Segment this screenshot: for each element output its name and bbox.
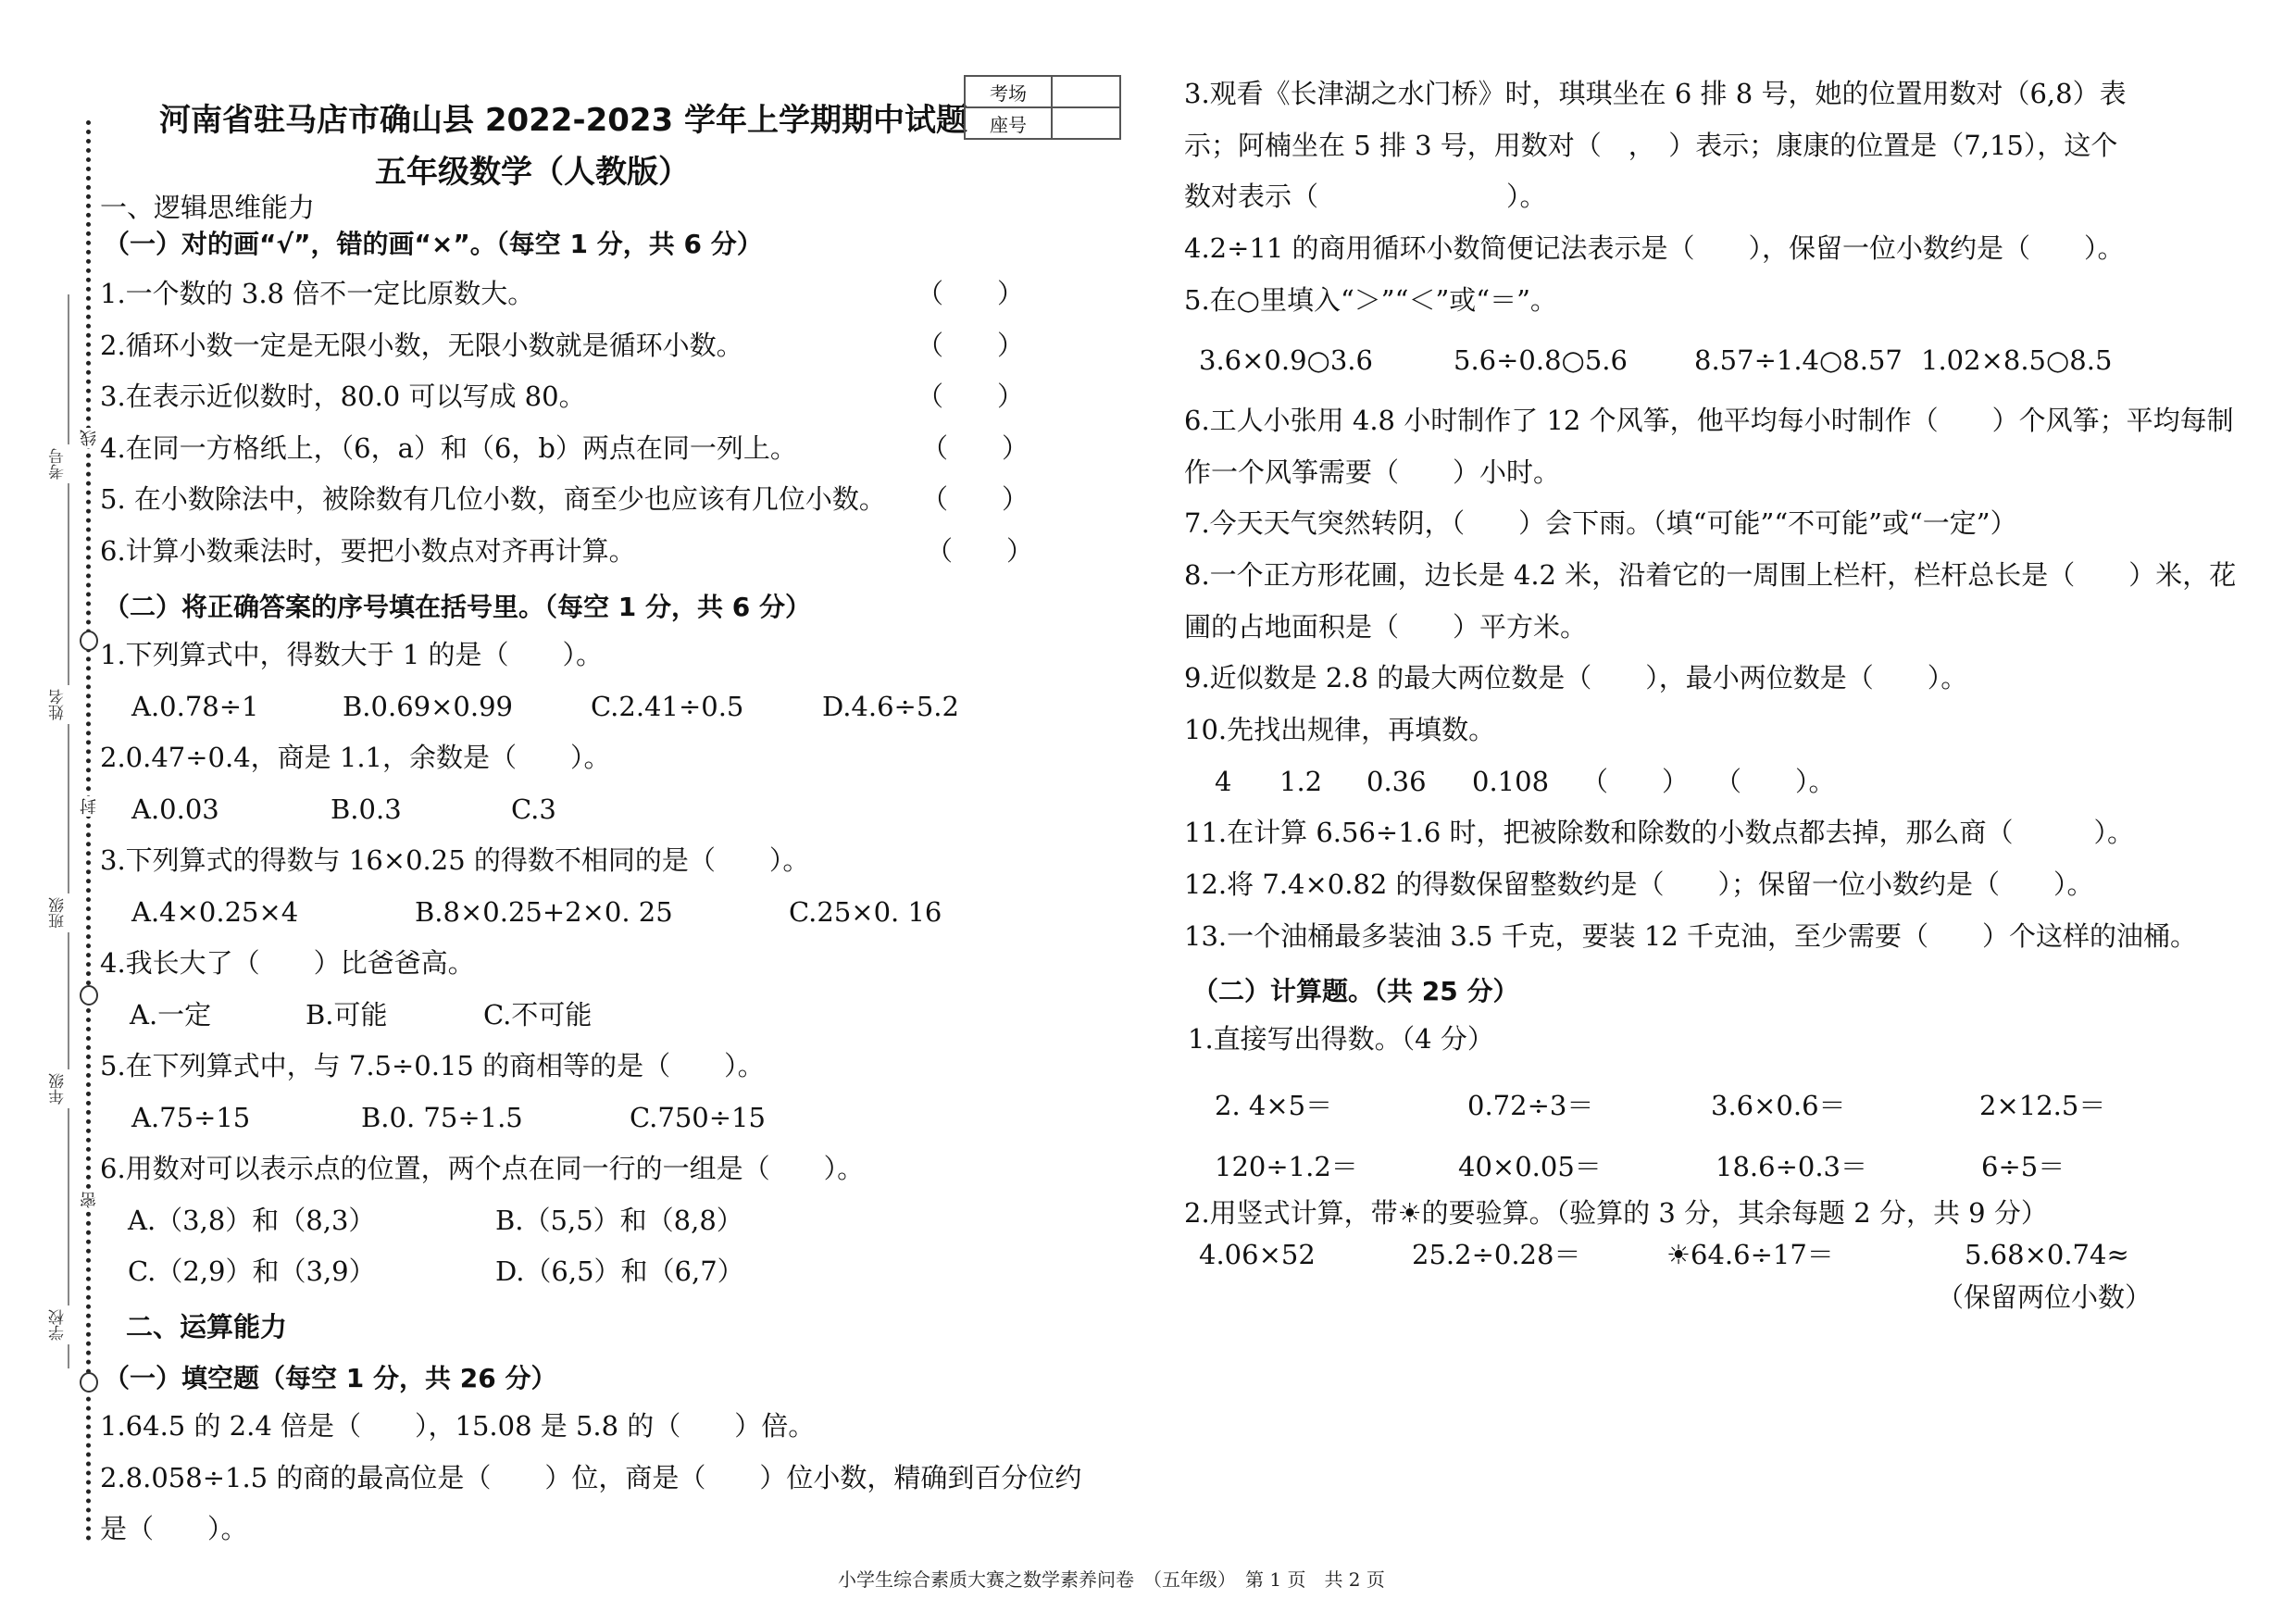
page-subtitle: 五年级数学（人教版）: [375, 146, 690, 192]
fill-question-line: 6.工人小张用 4.8 小时制作了 12 个风筝，他平均每小时制作（ ）个风筝；…: [1184, 405, 2234, 436]
compare-item: 3.6×0.9○3.6: [1199, 344, 1373, 376]
mc-option: C.2.41÷0.5: [591, 691, 743, 722]
compare-item: 8.57÷1.4○8.57: [1694, 344, 1903, 376]
part-heading-fill-blank: （一）填空题（每空 1 分，共 26 分）: [104, 1358, 556, 1395]
fill-question-line: 7.今天天气突然转阴，（ ）会下雨。（填“可能”“不可能”或“一定”）: [1184, 507, 2017, 539]
fill-question-line: 4.2÷11 的商用循环小数简便记法表示是（ ），保留一位小数约是（ ）。: [1184, 232, 2125, 264]
tf-question: 3.在表示近似数时，80.0 可以写成 80。: [100, 381, 586, 412]
tf-answer-blank[interactable]: （ ）: [926, 535, 1033, 567]
direct-calc-item: 0.72÷3＝: [1467, 1090, 1593, 1121]
tf-question: 5. 在小数除法中，被除数有几位小数，商至少也应该有几位小数。: [100, 483, 886, 515]
fill-question-line: 圃的占地面积是（ ）平方米。: [1184, 611, 1587, 643]
mc-option: A.0.78÷1: [131, 691, 258, 722]
direct-calc-item: 2. 4×5＝: [1215, 1090, 1332, 1121]
mc-option: A.（3,8）和（8,3）: [128, 1205, 375, 1236]
field-label-grade: 年级: [46, 1069, 69, 1108]
field-label-exam-number: 考号: [46, 444, 69, 483]
mc-option: C.750÷15: [630, 1102, 766, 1133]
direct-calc-heading: 1.直接写出得数。（4 分）: [1188, 1023, 1494, 1055]
binding-hole: [80, 985, 98, 1006]
mc-option: A.0.03: [131, 793, 219, 825]
mc-option: B.0. 75÷1.5: [361, 1102, 523, 1133]
vertical-calc-heading: 2.用竖式计算，带☀的要验算。（验算的 3 分，其余每题 2 分，共 9 分）: [1184, 1197, 2048, 1229]
seal-mark-secret: 密: [78, 1190, 102, 1210]
fill-question-line: 13.一个油桶最多装油 3.5 千克，要装 12 千克油，至少需要（ ）个这样的…: [1184, 920, 2197, 952]
mc-option: B.0.69×0.99: [343, 691, 513, 722]
direct-calc-item: 6÷5＝: [1981, 1151, 2065, 1182]
fill-question-line: 作一个风筝需要（ ）小时。: [1184, 456, 1560, 488]
fill-question-line: 3.观看《长津湖之水门桥》时，琪琪坐在 6 排 8 号，她的位置用数对（6,8）…: [1184, 78, 2127, 109]
mc-question-stem: 4.我长大了（ ）比爸爸高。: [100, 947, 475, 979]
vertical-calc-item: 25.2÷0.28＝: [1412, 1239, 1580, 1270]
fill-question-line: 8.一个正方形花圃，边长是 4.2 米，沿着它的一周围上栏杆，栏杆总长是（ ）米…: [1184, 559, 2236, 591]
tf-question: 4.在同一方格纸上，（6，a）和（6，b）两点在同一列上。: [100, 432, 797, 464]
fill-question-line: 10.先找出规律，再填数。: [1184, 714, 1495, 745]
part-heading-calculation: （二）计算题。（共 25 分）: [1192, 971, 1518, 1008]
binding-dotted-line: [86, 120, 91, 1542]
seat-table-label-seat: 座号: [965, 107, 1052, 139]
tf-answer-blank[interactable]: （ ）: [917, 381, 1024, 412]
fill-question-line: 2.8.058÷1.5 的商的最高位是（ ）位，商是（ ）位小数，精确到百分位约: [100, 1462, 1081, 1493]
fill-question-line: 是（ ）。: [100, 1513, 248, 1544]
sequence-term: 0.108: [1472, 766, 1549, 797]
mc-question-stem: 3.下列算式的得数与 16×0.25 的得数不相同的是（ ）。: [100, 844, 809, 876]
tf-answer-blank[interactable]: （ ）: [917, 330, 1024, 361]
mc-option: A.75÷15: [131, 1102, 250, 1133]
mc-question-stem: 5.在下列算式中，与 7.5÷0.15 的商相等的是（ ）。: [100, 1050, 765, 1081]
page-footer: 小学生综合素质大赛之数学素养问卷 （五年级） 第 1 页 共 2 页: [838, 1565, 1385, 1592]
sequence-term: 4: [1215, 766, 1231, 797]
section-heading-logic: 一、逻辑思维能力: [100, 187, 315, 225]
mc-question-stem: 1.下列算式中，得数大于 1 的是（ ）。: [100, 639, 603, 670]
fill-question-line: 示；阿楠坐在 5 排 3 号，用数对（ ， ）表示；康康的位置是（7,15），这…: [1184, 130, 2117, 161]
sequence-blank[interactable]: （ ）: [1581, 766, 1689, 797]
sequence-term: 1.2: [1279, 766, 1322, 797]
part-heading-true-false: （一）对的画“√”，错的画“×”。（每空 1 分，共 6 分）: [104, 224, 763, 261]
vertical-calc-item: 4.06×52: [1199, 1239, 1316, 1270]
vertical-calc-item: 5.68×0.74≈: [1965, 1239, 2129, 1270]
mc-option: C.（2,9）和（3,9）: [128, 1255, 376, 1287]
compare-item: 1.02×8.5○8.5: [1921, 344, 2112, 376]
mc-option: D.（6,5）和（6,7）: [495, 1255, 744, 1287]
tf-question: 6.计算小数乘法时，要把小数点对齐再计算。: [100, 535, 636, 567]
mc-question-stem: 6.用数对可以表示点的位置，两个点在同一行的一组是（ ）。: [100, 1153, 864, 1184]
sun-icon: ☀: [1398, 1197, 1422, 1229]
seat-table-value-room[interactable]: [1052, 76, 1120, 107]
fill-question-line: 5.在○里填入“＞”“＜”或“＝”。: [1184, 284, 1557, 316]
sequence-blank[interactable]: （ ）。: [1715, 766, 1836, 797]
tf-answer-blank[interactable]: （ ）: [921, 432, 1029, 464]
fill-question-line: 11.在计算 6.56÷1.6 时，把被除数和除数的小数点都去掉，那么商（ ）。: [1184, 817, 2134, 848]
tf-question: 1.一个数的 3.8 倍不一定比原数大。: [100, 278, 534, 309]
seat-table-value-seat[interactable]: [1052, 107, 1120, 139]
seal-mark-line: 线: [78, 428, 102, 448]
mc-option: B.可能: [306, 999, 388, 1031]
vertical-calc-heading-pre: 2.用竖式计算，带: [1184, 1197, 1398, 1229]
mc-question-stem: 2.0.47÷0.4，商是 1.1，余数是（ ）。: [100, 742, 611, 773]
page-title: 河南省驻马店市确山县 2022-2023 学年上学期期中试题: [159, 94, 967, 140]
direct-calc-item: 40×0.05＝: [1458, 1151, 1602, 1182]
fill-question-line: 12.将 7.4×0.82 的得数保留整数约是（ ）；保留一位小数约是（ ）。: [1184, 868, 2094, 900]
sun-icon: ☀: [1666, 1239, 1691, 1270]
mc-option: B.0.3: [331, 793, 402, 825]
binding-hole: [80, 1372, 98, 1393]
mc-option: A.一定: [130, 999, 211, 1031]
tf-answer-blank[interactable]: （ ）: [921, 483, 1029, 515]
section-heading-computation: 二、运算能力: [126, 1306, 287, 1344]
vertical-calc-expression: 64.6÷17＝: [1691, 1239, 1834, 1270]
mc-option: C.不可能: [483, 999, 592, 1031]
direct-calc-item: 3.6×0.6＝: [1711, 1090, 1846, 1121]
fill-question-line: 9.近似数是 2.8 的最大两位数是（ ），最小两位数是（ ）。: [1184, 662, 1967, 693]
mc-option: B.8×0.25+2×0. 25: [415, 896, 673, 928]
binding-hole: [80, 631, 98, 651]
vertical-calc-heading-post: 的要验算。（验算的 3 分，其余每题 2 分，共 9 分）: [1422, 1197, 2048, 1229]
vertical-calc-note: （保留两位小数）: [1937, 1281, 2152, 1313]
seat-table-label-room: 考场: [965, 76, 1052, 107]
direct-calc-item: 2×12.5＝: [1979, 1090, 2105, 1121]
mc-option: C.25×0. 16: [789, 896, 942, 928]
fill-question-line: 1.64.5 的 2.4 倍是（ ），15.08 是 5.8 的（ ）倍。: [100, 1410, 815, 1442]
compare-item: 5.6÷0.8○5.6: [1454, 344, 1628, 376]
field-label-name: 姓名: [46, 685, 69, 724]
field-label-school: 学校: [46, 1305, 69, 1344]
field-label-class: 班级: [46, 893, 69, 932]
tf-answer-blank[interactable]: （ ）: [917, 278, 1024, 309]
seal-mark-seal: 封: [78, 796, 102, 817]
mc-option: A.4×0.25×4: [131, 896, 298, 928]
direct-calc-item: 18.6÷0.3＝: [1716, 1151, 1867, 1182]
tf-question: 2.循环小数一定是无限小数，无限小数就是循环小数。: [100, 330, 743, 361]
mc-option: B.（5,5）和（8,8）: [495, 1205, 743, 1236]
mc-option: D.4.6÷5.2: [822, 691, 959, 722]
fill-question-line: 数对表示（ ）。: [1184, 181, 1547, 212]
mc-option: C.3: [511, 793, 556, 825]
part-heading-multiple-choice: （二）将正确答案的序号填在括号里。（每空 1 分，共 6 分）: [104, 587, 811, 624]
sequence-term: 0.36: [1366, 766, 1427, 797]
seat-table: 考场 座号: [964, 75, 1121, 140]
direct-calc-item: 120÷1.2＝: [1215, 1151, 1358, 1182]
vertical-calc-item-verify: ☀64.6÷17＝: [1666, 1239, 1834, 1270]
